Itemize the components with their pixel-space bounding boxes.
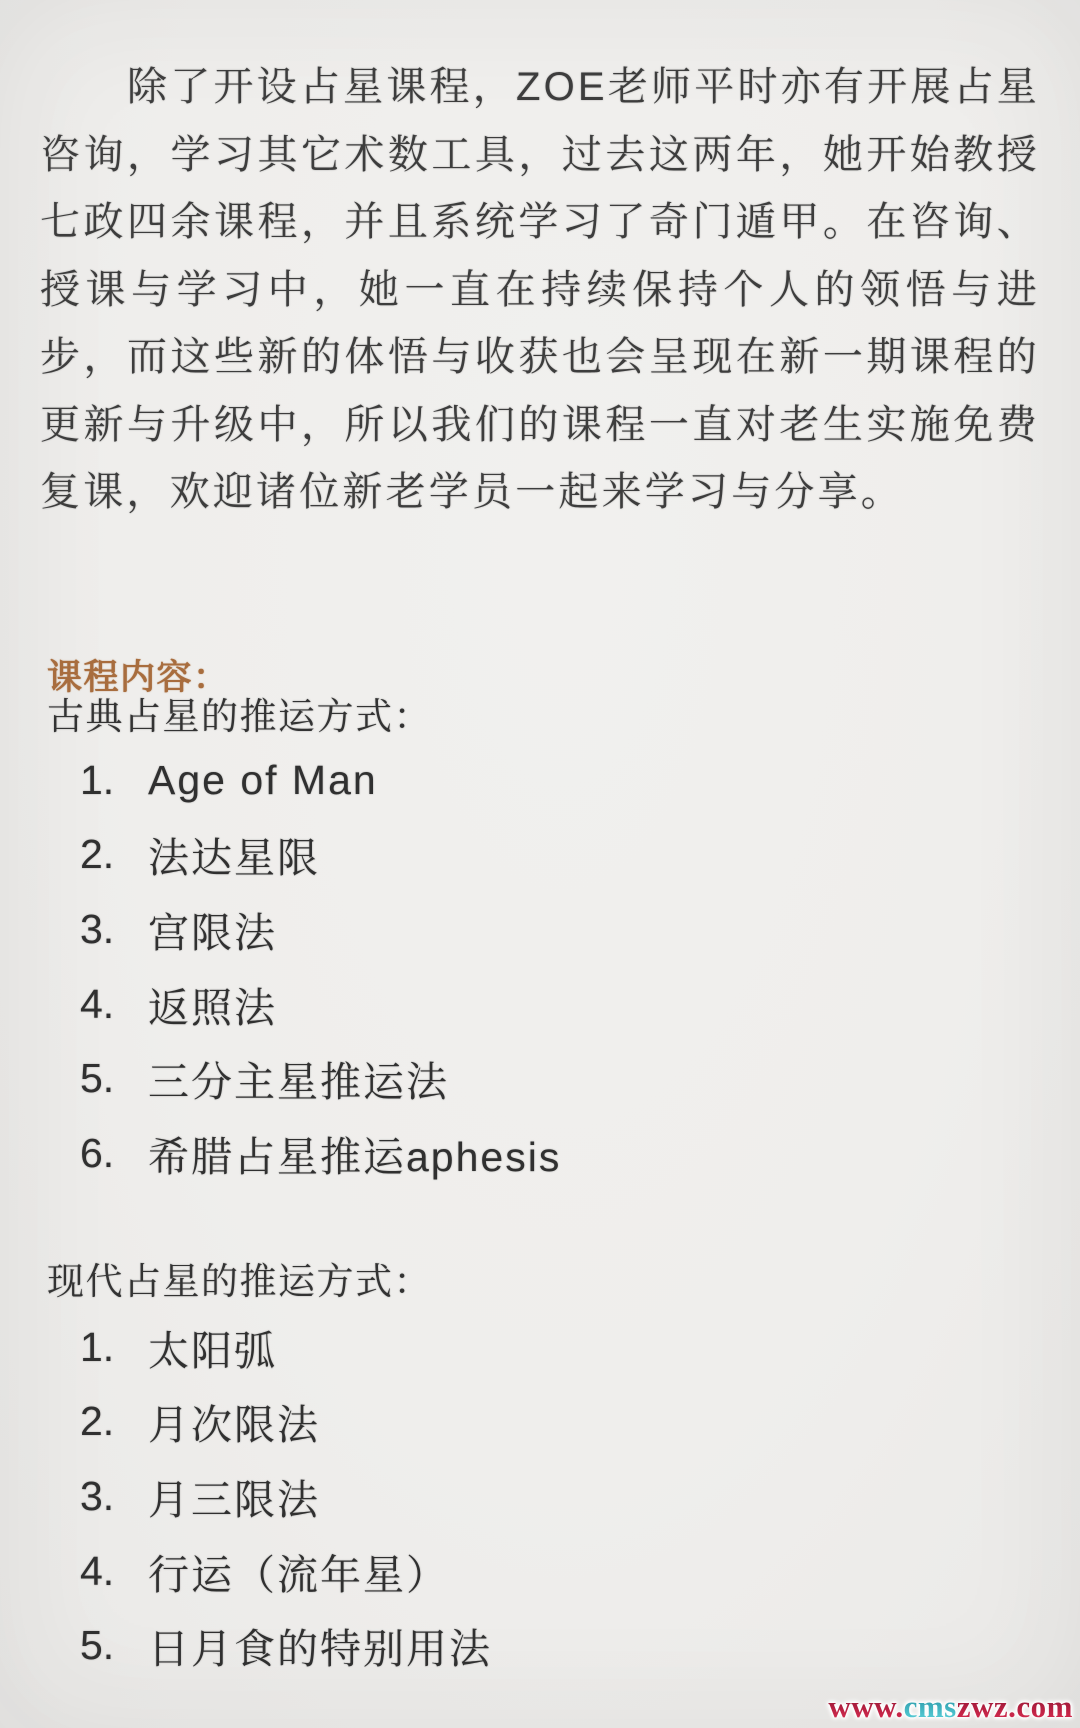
- modern-methods-title: 现代占星的推运方式：: [47, 1251, 432, 1305]
- list-item: 1. Age of Man: [40, 743, 1040, 818]
- item-number: 5.: [40, 1622, 148, 1669]
- watermark-www: www.: [828, 1689, 903, 1724]
- classical-methods-list: 1. Age of Man 2. 法达星限 3. 宫限法 4. 返照法 5. 三…: [40, 743, 1040, 1191]
- item-text: 月三限法: [148, 1467, 320, 1526]
- item-number: 2.: [40, 1398, 148, 1445]
- item-number: 1.: [40, 1324, 148, 1371]
- item-number: 4.: [40, 1548, 148, 1595]
- list-item: 1. 太阳弧: [40, 1310, 1040, 1385]
- item-number: 4.: [40, 981, 148, 1028]
- watermark-zwz: zwz.com: [957, 1689, 1073, 1724]
- item-number: 3.: [40, 906, 148, 953]
- item-text: Age of Man: [148, 757, 378, 804]
- item-text: 希腊占星推运aphesis: [148, 1124, 561, 1183]
- item-text: 宫限法: [148, 900, 277, 959]
- list-item: 3. 宫限法: [40, 892, 1040, 967]
- list-item: 6. 希腊占星推运aphesis: [40, 1116, 1040, 1191]
- item-number: 5.: [40, 1055, 148, 1102]
- item-text: 三分主星推运法: [148, 1049, 449, 1108]
- item-text: 返照法: [148, 975, 277, 1034]
- item-text: 日月食的特别用法: [148, 1616, 492, 1675]
- list-item: 5. 三分主星推运法: [40, 1041, 1040, 1116]
- item-number: 1.: [40, 757, 148, 804]
- list-item: 5. 日月食的特别用法: [40, 1608, 1040, 1683]
- item-text: 法达星限: [148, 825, 320, 884]
- classical-methods-title: 古典占星的推运方式：: [47, 686, 432, 740]
- list-item: 3. 月三限法: [40, 1459, 1040, 1534]
- intro-paragraph: 除了开设占星课程，ZOE老师平时亦有开展占星咨询，学习其它术数工具，过去这两年，…: [40, 54, 1040, 527]
- item-number: 6.: [40, 1130, 148, 1177]
- item-text: 月次限法: [148, 1392, 320, 1451]
- watermark-cms: cms: [904, 1689, 957, 1724]
- article-photo-page: 除了开设占星课程，ZOE老师平时亦有开展占星咨询，学习其它术数工具，过去这两年，…: [0, 0, 1080, 1728]
- item-text: 太阳弧: [148, 1318, 277, 1377]
- item-text: 行运（流年星）: [148, 1542, 449, 1601]
- item-number: 3.: [40, 1473, 148, 1520]
- modern-methods-list: 1. 太阳弧 2. 月次限法 3. 月三限法 4. 行运（流年星） 5. 日月食…: [40, 1310, 1040, 1683]
- list-item: 4. 返照法: [40, 967, 1040, 1042]
- item-number: 2.: [40, 831, 148, 878]
- list-item: 2. 法达星限: [40, 818, 1040, 893]
- list-item: 2. 月次限法: [40, 1385, 1040, 1460]
- list-item: 4. 行运（流年星）: [40, 1534, 1040, 1609]
- watermark: www.cmszwz.com: [828, 1689, 1073, 1725]
